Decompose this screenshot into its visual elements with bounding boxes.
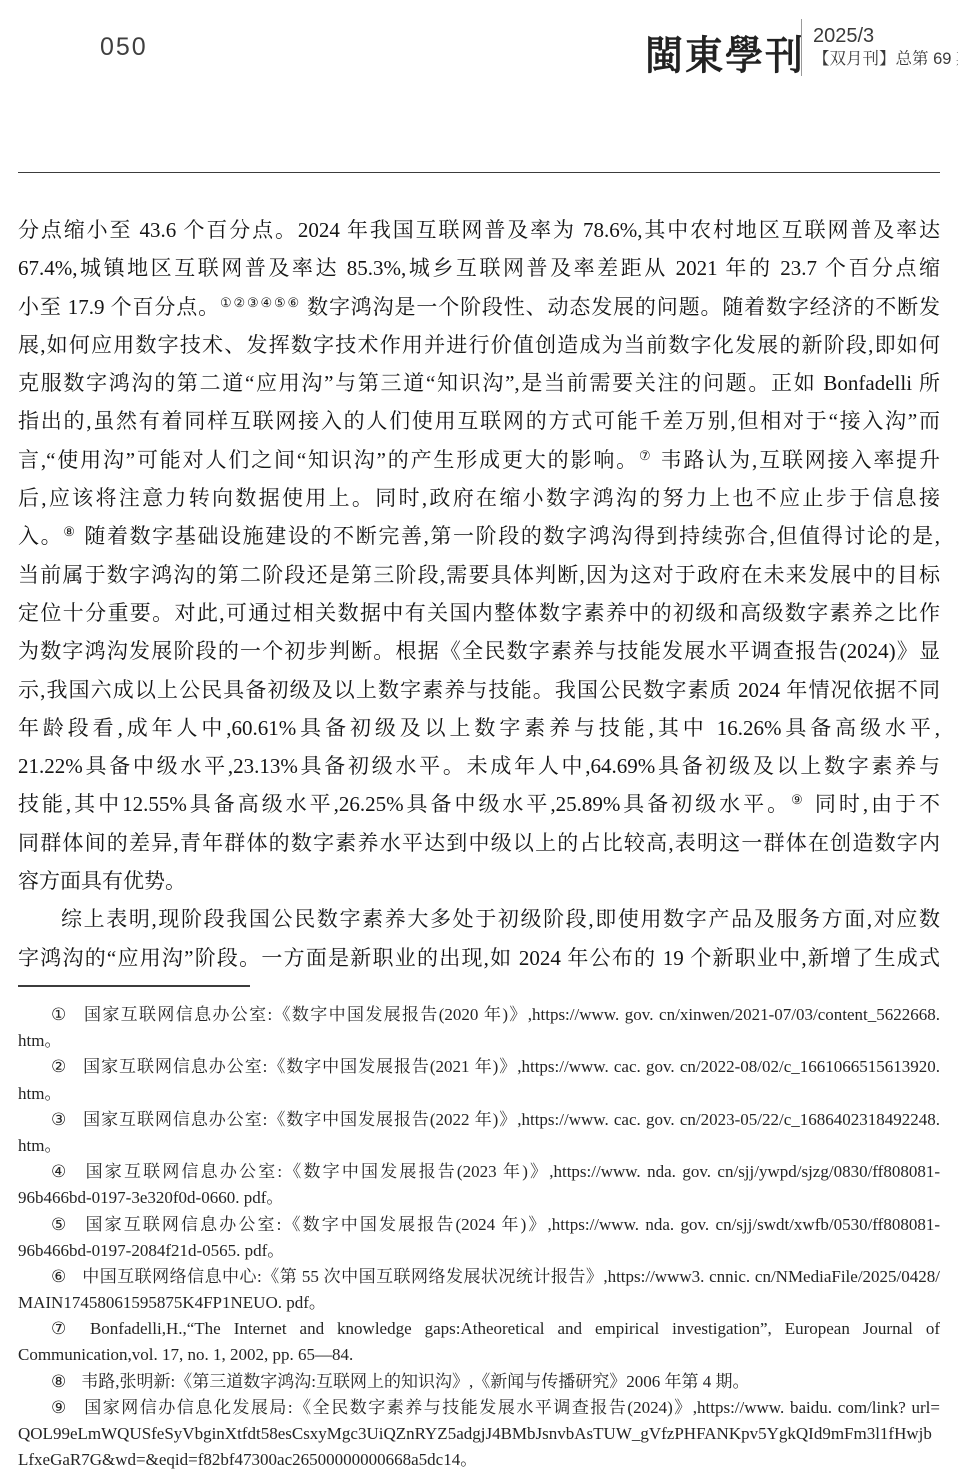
footnote-reference: ⑨ bbox=[791, 792, 807, 807]
body-line-3: 小至 17.9 个百分点。①②③④⑤⑥ 数字鸿沟是一个阶段性、动态发展的问题。随… bbox=[18, 288, 940, 326]
footnote-marker: ④ bbox=[51, 1162, 68, 1181]
body-line-5: 克服数字鸿沟的第二道“应用沟”与第三道“知识沟”,是当前需要关注的问题。正如 B… bbox=[18, 364, 940, 402]
body-line-1: 分点缩小至 43.6 个百分点。2024 年我国互联网普及率为 78.6%,其中… bbox=[18, 211, 940, 249]
body-line-2: 67.4%,城镇地区互联网普及率达 85.3%,城乡互联网普及率差距从 2021… bbox=[18, 249, 940, 287]
footnote-2-continuation: htm。 bbox=[18, 1081, 940, 1107]
article-body: 分点缩小至 43.6 个百分点。2024 年我国互联网普及率为 78.6%,其中… bbox=[18, 211, 940, 977]
body-line-10: 当前属于数字鸿沟的第二阶段还是第三阶段,需要具体判断,因为这对于政府在未来发展中… bbox=[18, 556, 940, 594]
footnote-4-continuation: 96b466bd-0197-3e320f0d-0660. pdf。 bbox=[18, 1185, 940, 1211]
body-line-13: 示,我国六成以上公民具备初级及以上数字素养与技能。我国公民数字素质 2024 年… bbox=[18, 671, 940, 709]
body-line-7: 言,“使用沟”可能对人们之间“知识沟”的产生形成更大的影响。⑦ 韦路认为,互联网… bbox=[18, 441, 940, 479]
footnote-reference: ①②③④⑤⑥ bbox=[220, 295, 301, 310]
footnote-7-continuation: Communication,vol. 17, no. 1, 2002, pp. … bbox=[18, 1342, 940, 1368]
body-line-15: 21.22%具备中级水平,23.13%具备初级水平。未成年人中,64.69%具备… bbox=[18, 747, 940, 785]
body-line-4: 展,如何应用数字技术、发挥数字技术作用并进行价值创造成为当前数字化发展的新阶段,… bbox=[18, 326, 940, 364]
footnote-separator bbox=[18, 985, 250, 987]
issue-number: 2025/3 bbox=[813, 24, 958, 48]
footnote-9-continuation: LfxeGaR7G&wd=&eqid=f82bf47300ac265000000… bbox=[18, 1447, 940, 1473]
body-line-14: 年龄段看,成年人中,60.61%具备初级及以上数字素养与技能,其中 16.26%… bbox=[18, 709, 940, 747]
body-line-8: 后,应该将注意力转向数据使用上。同时,政府在缩小数字鸿沟的努力上也不应止步于信息… bbox=[18, 479, 940, 517]
footnote-marker: ① bbox=[51, 1005, 68, 1024]
issue-block: 2025/3 【双月刊】总第 69 期 bbox=[813, 24, 958, 71]
footnote-2-first-line: ②国家互联网信息办公室:《数字中国发展报告(2021 年)》,https://w… bbox=[18, 1054, 940, 1080]
footnote-7-first-line: ⑦Bonfadelli,H.,“The Internet and knowled… bbox=[18, 1316, 940, 1342]
footnote-5-first-line: ⑤国家互联网信息办公室:《数字中国发展报告(2024 年)》,https://w… bbox=[18, 1212, 940, 1238]
footnote-marker: ⑨ bbox=[51, 1398, 68, 1417]
body-line-20: 字鸿沟的“应用沟”阶段。一方面是新职业的出现,如 2024 年公布的 19 个新… bbox=[18, 939, 940, 977]
footnote-5-continuation: 96b466bd-0197-2084f21d-0565. pdf。 bbox=[18, 1238, 940, 1264]
footnote-marker: ⑦ bbox=[51, 1319, 75, 1338]
footnote-3-first-line: ③国家互联网信息办公室:《数字中国发展报告(2022 年)》,https://w… bbox=[18, 1107, 940, 1133]
footnote-marker: ② bbox=[51, 1057, 67, 1076]
footnote-marker: ⑥ bbox=[51, 1267, 67, 1286]
footnote-reference: ⑧ bbox=[63, 524, 77, 539]
footnote-9-continuation: QOL99eLmWQUSfeSyVbginXtfdt58esCsxyMgc3Ui… bbox=[18, 1421, 940, 1447]
footnotes: ①国家互联网信息办公室:《数字中国发展报告(2020 年)》,https://w… bbox=[18, 1002, 940, 1473]
body-line-17: 同群体间的差异,青年群体的数字素养水平达到中级以上的占比较高,表明这一群体在创造… bbox=[18, 824, 940, 862]
footnote-6-continuation: MAIN17458061595875K4FP1NEUO. pdf。 bbox=[18, 1290, 940, 1316]
journal-logo: 閩東學刊 bbox=[645, 23, 805, 81]
body-line-6: 指出的,虽然有着同样互联网接入的人们使用互联网的方式可能千差万别,但相对于“接入… bbox=[18, 402, 940, 440]
body-line-18: 容方面具有优势。 bbox=[18, 862, 940, 900]
footnote-8-first-line: ⑧韦路,张明新:《第三道数字鸿沟:互联网上的知识沟》,《新闻与传播研究》2006… bbox=[18, 1369, 940, 1395]
footnote-marker: ⑧ bbox=[51, 1372, 66, 1391]
footnote-marker: ⑤ bbox=[51, 1215, 68, 1234]
footnote-6-first-line: ⑥中国互联网络信息中心:《第 55 次中国互联网络发展状况统计报告》,https… bbox=[18, 1264, 940, 1290]
body-line-12: 为数字鸿沟发展阶段的一个初步判断。根据《全民数字素养与技能发展水平调查报告(20… bbox=[18, 632, 940, 670]
footnote-1-continuation: htm。 bbox=[18, 1028, 940, 1054]
footnote-4-first-line: ④国家互联网信息办公室:《数字中国发展报告(2023 年)》,https://w… bbox=[18, 1159, 940, 1185]
body-line-19: 综上表明,现阶段我国公民数字素养大多处于初级阶段,即使用数字产品及服务方面,对应… bbox=[18, 900, 940, 938]
header-divider bbox=[801, 19, 802, 76]
journal-page: 050 閩東學刊 2025/3 【双月刊】总第 69 期 分点缩小至 43.6 … bbox=[0, 0, 958, 1476]
footnote-1-first-line: ①国家互联网信息办公室:《数字中国发展报告(2020 年)》,https://w… bbox=[18, 1002, 940, 1028]
footnote-marker: ③ bbox=[51, 1110, 67, 1129]
header-rule bbox=[18, 172, 940, 173]
body-line-11: 定位十分重要。对此,可通过相关数据中有关国内整体数字素养中的初级和高级数字素养之… bbox=[18, 594, 940, 632]
body-line-9: 入。⑧ 随着数字基础设施建设的不断完善,第一阶段的数字鸿沟得到持续弥合,但值得讨… bbox=[18, 517, 940, 555]
footnote-reference: ⑦ bbox=[639, 448, 654, 463]
volume-info: 【双月刊】总第 69 期 bbox=[813, 48, 958, 71]
footnote-3-continuation: htm。 bbox=[18, 1133, 940, 1159]
body-line-16: 技能,其中12.55%具备高级水平,26.25%具备中级水平,25.89%具备初… bbox=[18, 785, 940, 823]
footnote-9-first-line: ⑨国家网信办信息化发展局:《全民数字素养与技能发展水平调查报告(2024)》,h… bbox=[18, 1395, 940, 1421]
page-number: 050 bbox=[100, 33, 148, 62]
